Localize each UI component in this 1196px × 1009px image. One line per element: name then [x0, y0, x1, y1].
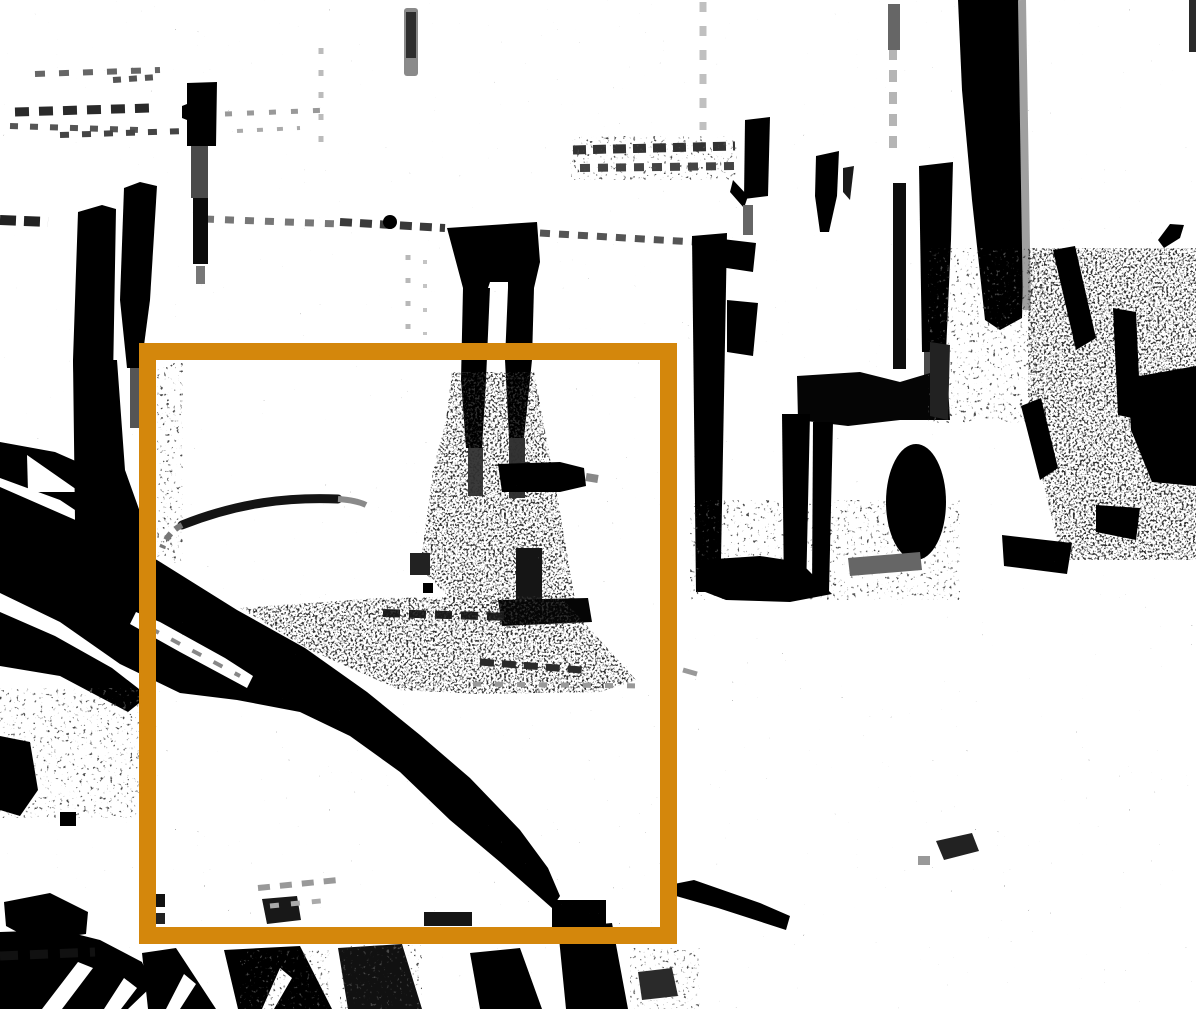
hat-post	[182, 82, 217, 146]
mortar-band-texture	[570, 136, 737, 180]
binarized-photo	[0, 0, 1196, 1009]
inside-box-details	[154, 362, 660, 927]
dark-oval-post-foot	[886, 444, 946, 560]
post-c-left-edge	[893, 183, 906, 369]
photo-svg	[0, 0, 1196, 1009]
table-band	[797, 368, 950, 426]
center-post-head	[447, 222, 540, 288]
fence-bar-a	[744, 117, 770, 199]
